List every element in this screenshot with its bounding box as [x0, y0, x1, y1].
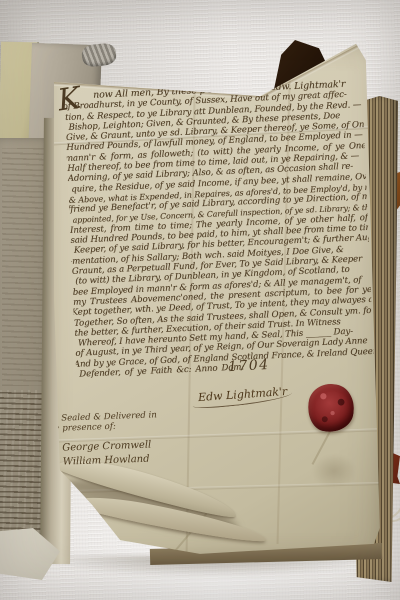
manuscript-page: K now All men, By these p'sents; That I …	[40, 38, 390, 566]
red-wax-seal	[305, 381, 357, 435]
manuscript-text-block: now All men, By these p'sents; That I Ed…	[64, 79, 375, 394]
manuscript-photo-scene: K now All men, By these p'sents; That I …	[0, 0, 400, 600]
witness-attestation-block: Sealed & Delivered in ye presence of: Ge…	[61, 410, 158, 467]
witness-signature: William Howland	[63, 453, 159, 467]
page-stain	[312, 454, 356, 488]
left-page-bleed-text	[2, 148, 46, 386]
witness-signature: George Cromwell	[62, 439, 158, 453]
date-year: 1704	[228, 357, 270, 375]
